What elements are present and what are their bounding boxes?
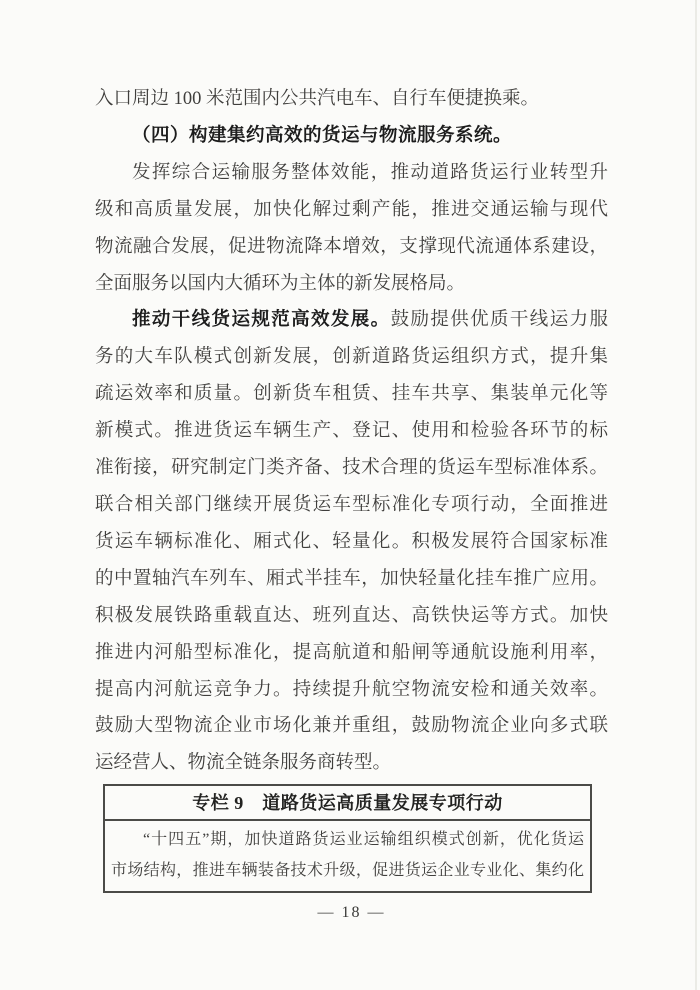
text-line: 鼓励大型物流企业市场化兼并重组，鼓励物流企业向多式联 bbox=[95, 708, 608, 745]
paragraph-trunk-freight: 推动干线货运规范高效发展。鼓励提供优质干线运力服 务的大车队模式创新发展，创新道… bbox=[95, 302, 608, 782]
text-line: 市场结构，推进车辆装备技术升级，促进货运企业专业化、集约化 bbox=[111, 855, 584, 886]
text-line: 务的大车队模式创新发展，创新道路货运组织方式，提升集 bbox=[95, 339, 608, 376]
page-number: — 18 — bbox=[95, 904, 608, 922]
text-line: 疏运效率和质量。创新货车租赁、挂车共享、集装单元化等 bbox=[95, 376, 608, 413]
text-line: 全面服务以国内大循环为主体的新发展格局。 bbox=[95, 266, 608, 303]
paragraph-lead-rest: 鼓励提供优质干线运力服 bbox=[391, 310, 608, 330]
paragraph-carryover: 入口周边 100 米范围内公共汽电车、自行车便捷换乘。 bbox=[95, 81, 608, 118]
text-line: 积极发展铁路重载直达、班列直达、高铁快运等方式。加快 bbox=[95, 598, 608, 635]
text-line: 联合相关部门继续开展货运车型标准化专项行动，全面推进 bbox=[95, 487, 608, 524]
panel-body: “十四五”期，加快道路货运业运输组织模式创新，优化货运市场结构，推进车辆装备技术… bbox=[105, 821, 590, 891]
text-line: 入口周边 100 米范围内公共汽电车、自行车便捷换乘。 bbox=[95, 81, 608, 118]
special-column-panel: 专栏 9 道路货运高质量发展专项行动 “十四五”期，加快道路货运业运输组织模式创… bbox=[103, 784, 592, 893]
scan-edge-artifact bbox=[695, 0, 697, 990]
text-line: 运经营人、物流全链条服务商转型。 bbox=[95, 745, 608, 782]
text-line: 发挥综合运输服务整体效能，推动道路货运行业转型升 bbox=[95, 155, 608, 192]
text-line: 提高内河航运竞争力。持续提升航空物流安检和通关效率。 bbox=[95, 672, 608, 709]
text-line: 推进内河船型标准化，提高航道和船闸等通航设施利用率， bbox=[95, 635, 608, 672]
text-line: 级和高质量发展，加快化解过剩产能，推进交通运输与现代 bbox=[95, 192, 608, 229]
text-line: 准衔接，研究制定门类齐备、技术合理的货运车型标准体系。 bbox=[95, 450, 608, 487]
paragraph-overview: 发挥综合运输服务整体效能，推动道路货运行业转型升级和高质量发展，加快化解过剩产能… bbox=[95, 155, 608, 303]
text-line: 新模式。推进货运车辆生产、登记、使用和检验各环节的标 bbox=[95, 413, 608, 450]
text-line: 推动干线货运规范高效发展。鼓励提供优质干线运力服 bbox=[95, 302, 608, 339]
document-body: 入口周边 100 米范围内公共汽电车、自行车便捷换乘。 （四）构建集约高效的货运… bbox=[95, 81, 608, 922]
paragraph-lead-bold: 推动干线货运规范高效发展。 bbox=[132, 310, 391, 330]
text-line: 物流融合发展，促进物流降本增效，支撑现代流通体系建设， bbox=[95, 229, 608, 266]
text-line: “十四五”期，加快道路货运业运输组织模式创新，优化货运 bbox=[111, 824, 584, 855]
document-page: 入口周边 100 米范围内公共汽电车、自行车便捷换乘。 （四）构建集约高效的货运… bbox=[0, 0, 700, 990]
paragraph-trunk-freight-lines: 务的大车队模式创新发展，创新道路货运组织方式，提升集疏运效率和质量。创新货车租赁… bbox=[95, 339, 608, 782]
text-line: 的中置轴汽车列车、厢式半挂车，加快轻量化挂车推广应用。 bbox=[95, 561, 608, 598]
section-heading: （四）构建集约高效的货运与物流服务系统。 bbox=[95, 118, 608, 155]
text-line: 货运车辆标准化、厢式化、轻量化。积极发展符合国家标准 bbox=[95, 524, 608, 561]
panel-title: 专栏 9 道路货运高质量发展专项行动 bbox=[105, 786, 590, 821]
